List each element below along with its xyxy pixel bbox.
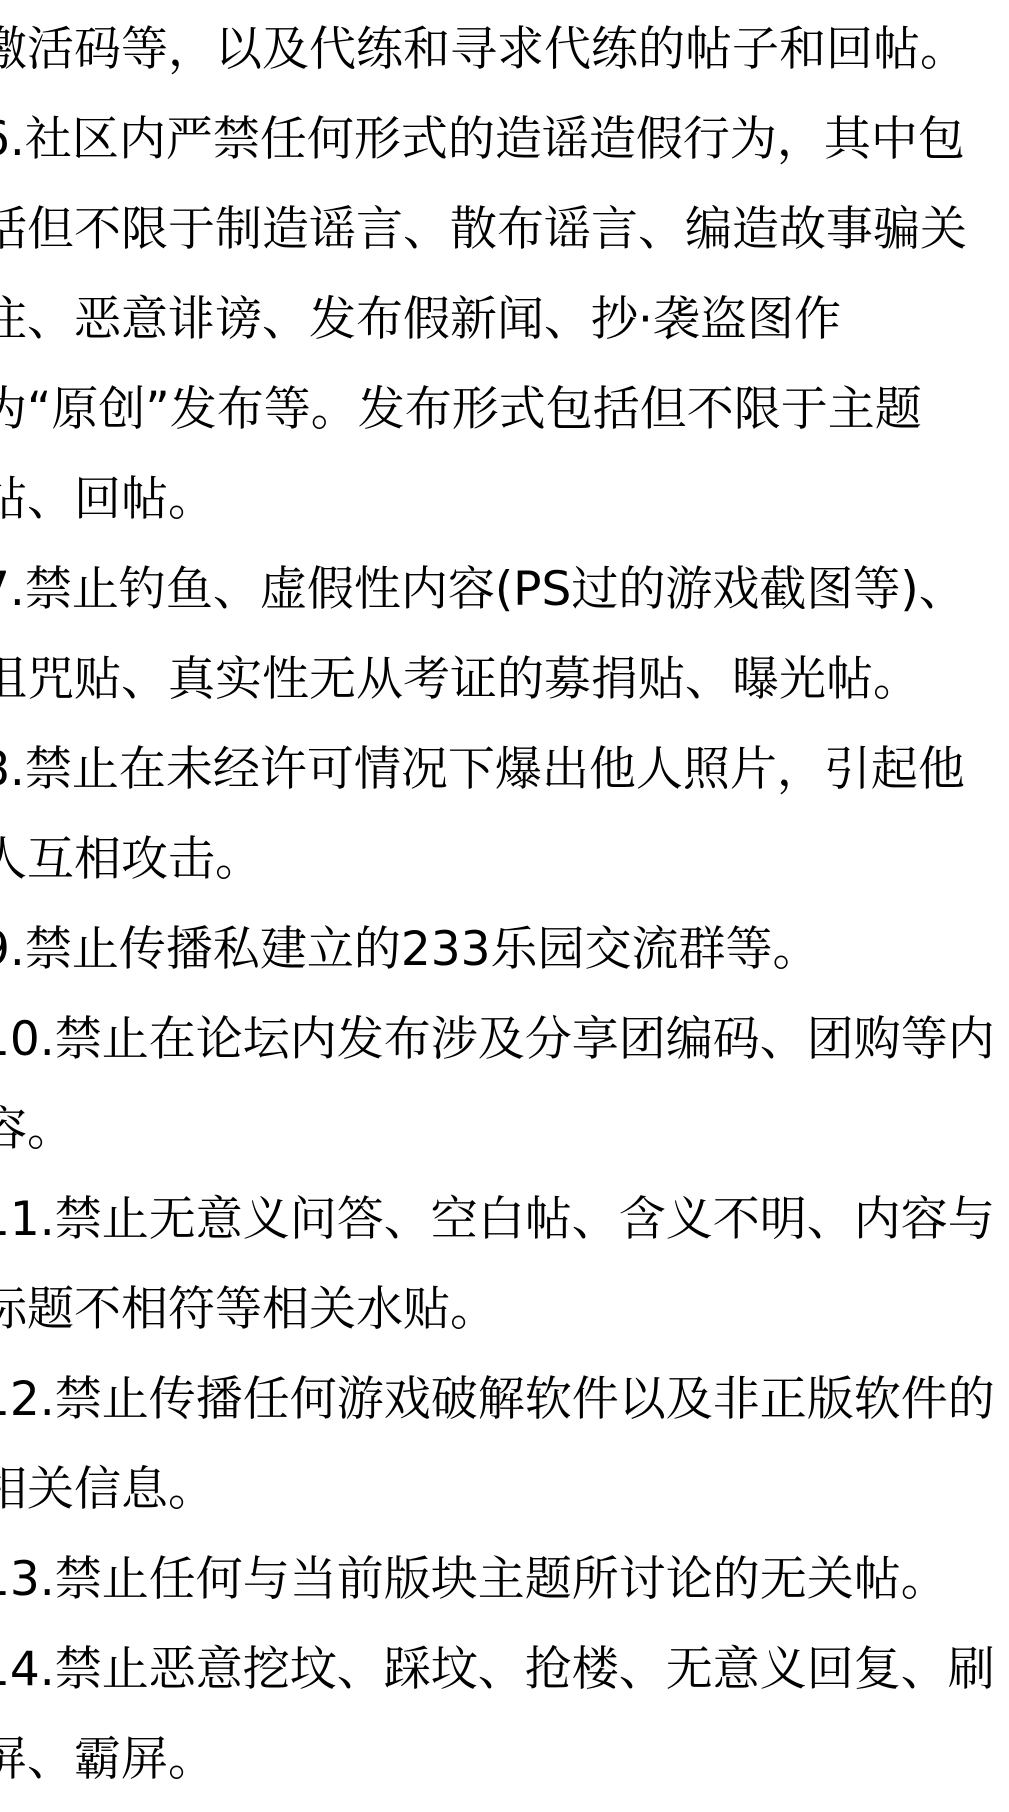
rules-line: 6.社区内严禁任何形式的造谣造假行为，其中包	[0, 95, 1009, 185]
rules-line: 标题不相符等相关水贴。	[0, 1265, 1009, 1355]
rules-line: 诅咒贴、真实性无从考证的募捐贴、曝光帖。	[0, 635, 1009, 725]
rules-line: 相关信息。	[0, 1445, 1009, 1535]
forum-rules-text: 激活码等，以及代练和寻求代练的帖子和回帖。 6.社区内严禁任何形式的造谣造假行为…	[0, 5, 1009, 1805]
rules-line: 8.禁止在未经许可情况下爆出他人照片，引起他	[0, 725, 1009, 815]
rules-line: 注、恶意诽谤、发布假新闻、抄·袭盗图作	[0, 275, 1009, 365]
rules-line: 为“原创”发布等。发布形式包括但不限于主题	[0, 365, 1009, 455]
rules-line: 11.禁止无意义问答、空白帖、含义不明、内容与	[0, 1175, 1009, 1265]
rules-line: 激活码等，以及代练和寻求代练的帖子和回帖。	[0, 5, 1009, 95]
rules-line: 10.禁止在论坛内发布涉及分享团编码、团购等内	[0, 995, 1009, 1085]
rules-line: 13.禁止任何与当前版块主题所讨论的无关帖。	[0, 1535, 1009, 1625]
rules-line: 人互相攻击。	[0, 815, 1009, 905]
rules-line: 7.禁止钓鱼、虚假性内容(PS过的游戏截图等)、	[0, 545, 1009, 635]
rules-line: 括但不限于制造谣言、散布谣言、编造故事骗关	[0, 185, 1009, 275]
rules-line: 帖、回帖。	[0, 455, 1009, 545]
rules-line: 容。	[0, 1085, 1009, 1175]
rules-line: 14.禁止恶意挖坟、踩坟、抢楼、无意义回复、刷	[0, 1625, 1009, 1715]
rules-line: 12.禁止传播任何游戏破解软件以及非正版软件的	[0, 1355, 1009, 1445]
rules-line: 9.禁止传播私建立的233乐园交流群等。	[0, 905, 1009, 995]
rules-line: 屏、霸屏。	[0, 1715, 1009, 1805]
